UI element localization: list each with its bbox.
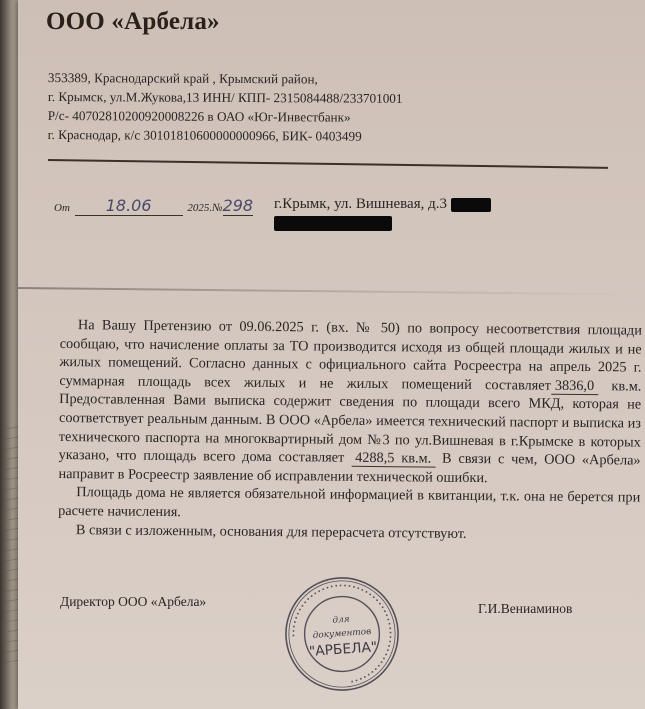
redaction-bar bbox=[274, 216, 392, 231]
redaction-bar bbox=[451, 198, 491, 212]
paper-fold bbox=[18, 287, 645, 296]
area-value-techpassport: 4288,5 кв.м. bbox=[351, 450, 435, 468]
requisites-line: 353389, Краснодарский край , Крымский ра… bbox=[48, 68, 403, 89]
handwritten-number: 298 bbox=[223, 196, 254, 215]
company-requisites: 353389, Краснодарский край , Крымский ра… bbox=[48, 68, 403, 146]
from-label: От bbox=[54, 202, 70, 214]
recipient-address-text: г.Крымк, ул. Вишневая, д.3 bbox=[274, 196, 447, 212]
signatory-name: Г.И.Вениаминов bbox=[478, 601, 572, 617]
area-value-rosreestr: 3836,0 bbox=[551, 377, 598, 394]
letter-body: На Вашу Претензию от 09.06.2025 г. (вх. … bbox=[58, 316, 642, 545]
letter-page: ООО «Арбела» 353389, Краснодарский край … bbox=[18, 0, 645, 709]
company-seal: ••••••••••••••••••••••••••••••••••••••••… bbox=[279, 571, 405, 697]
company-name: ООО «Арбела» bbox=[46, 8, 220, 36]
seal-text: документов bbox=[312, 627, 371, 641]
recipient-address: г.Крымк, ул. Вишневая, д.3 bbox=[274, 196, 491, 231]
year-label: 2025.№ bbox=[187, 202, 222, 214]
seal-company-name: "АРБЕЛА" bbox=[309, 639, 378, 660]
requisites-line: Р/с- 40702810200920008226 в ОАО «Юг-Инве… bbox=[48, 106, 403, 127]
signatory-position: Директор ООО «Арбела» bbox=[60, 594, 206, 610]
requisites-line: г. Краснодар, к/с 30101810600000000966, … bbox=[48, 125, 403, 146]
body-paragraph: На Вашу Претензию от 09.06.2025 г. (вх. … bbox=[58, 316, 642, 489]
requisites-line: г. Крымск, ул.М.Жукова,13 ИНН/ КПП- 2315… bbox=[48, 87, 403, 108]
seal-text: для bbox=[332, 615, 350, 626]
header-divider bbox=[48, 159, 608, 168]
body-paragraph: Площадь дома не является обязательной ин… bbox=[58, 483, 640, 526]
outgoing-number-block: От 18.06 2025.№298 bbox=[54, 196, 253, 216]
handwritten-date: 18.06 bbox=[106, 196, 152, 215]
